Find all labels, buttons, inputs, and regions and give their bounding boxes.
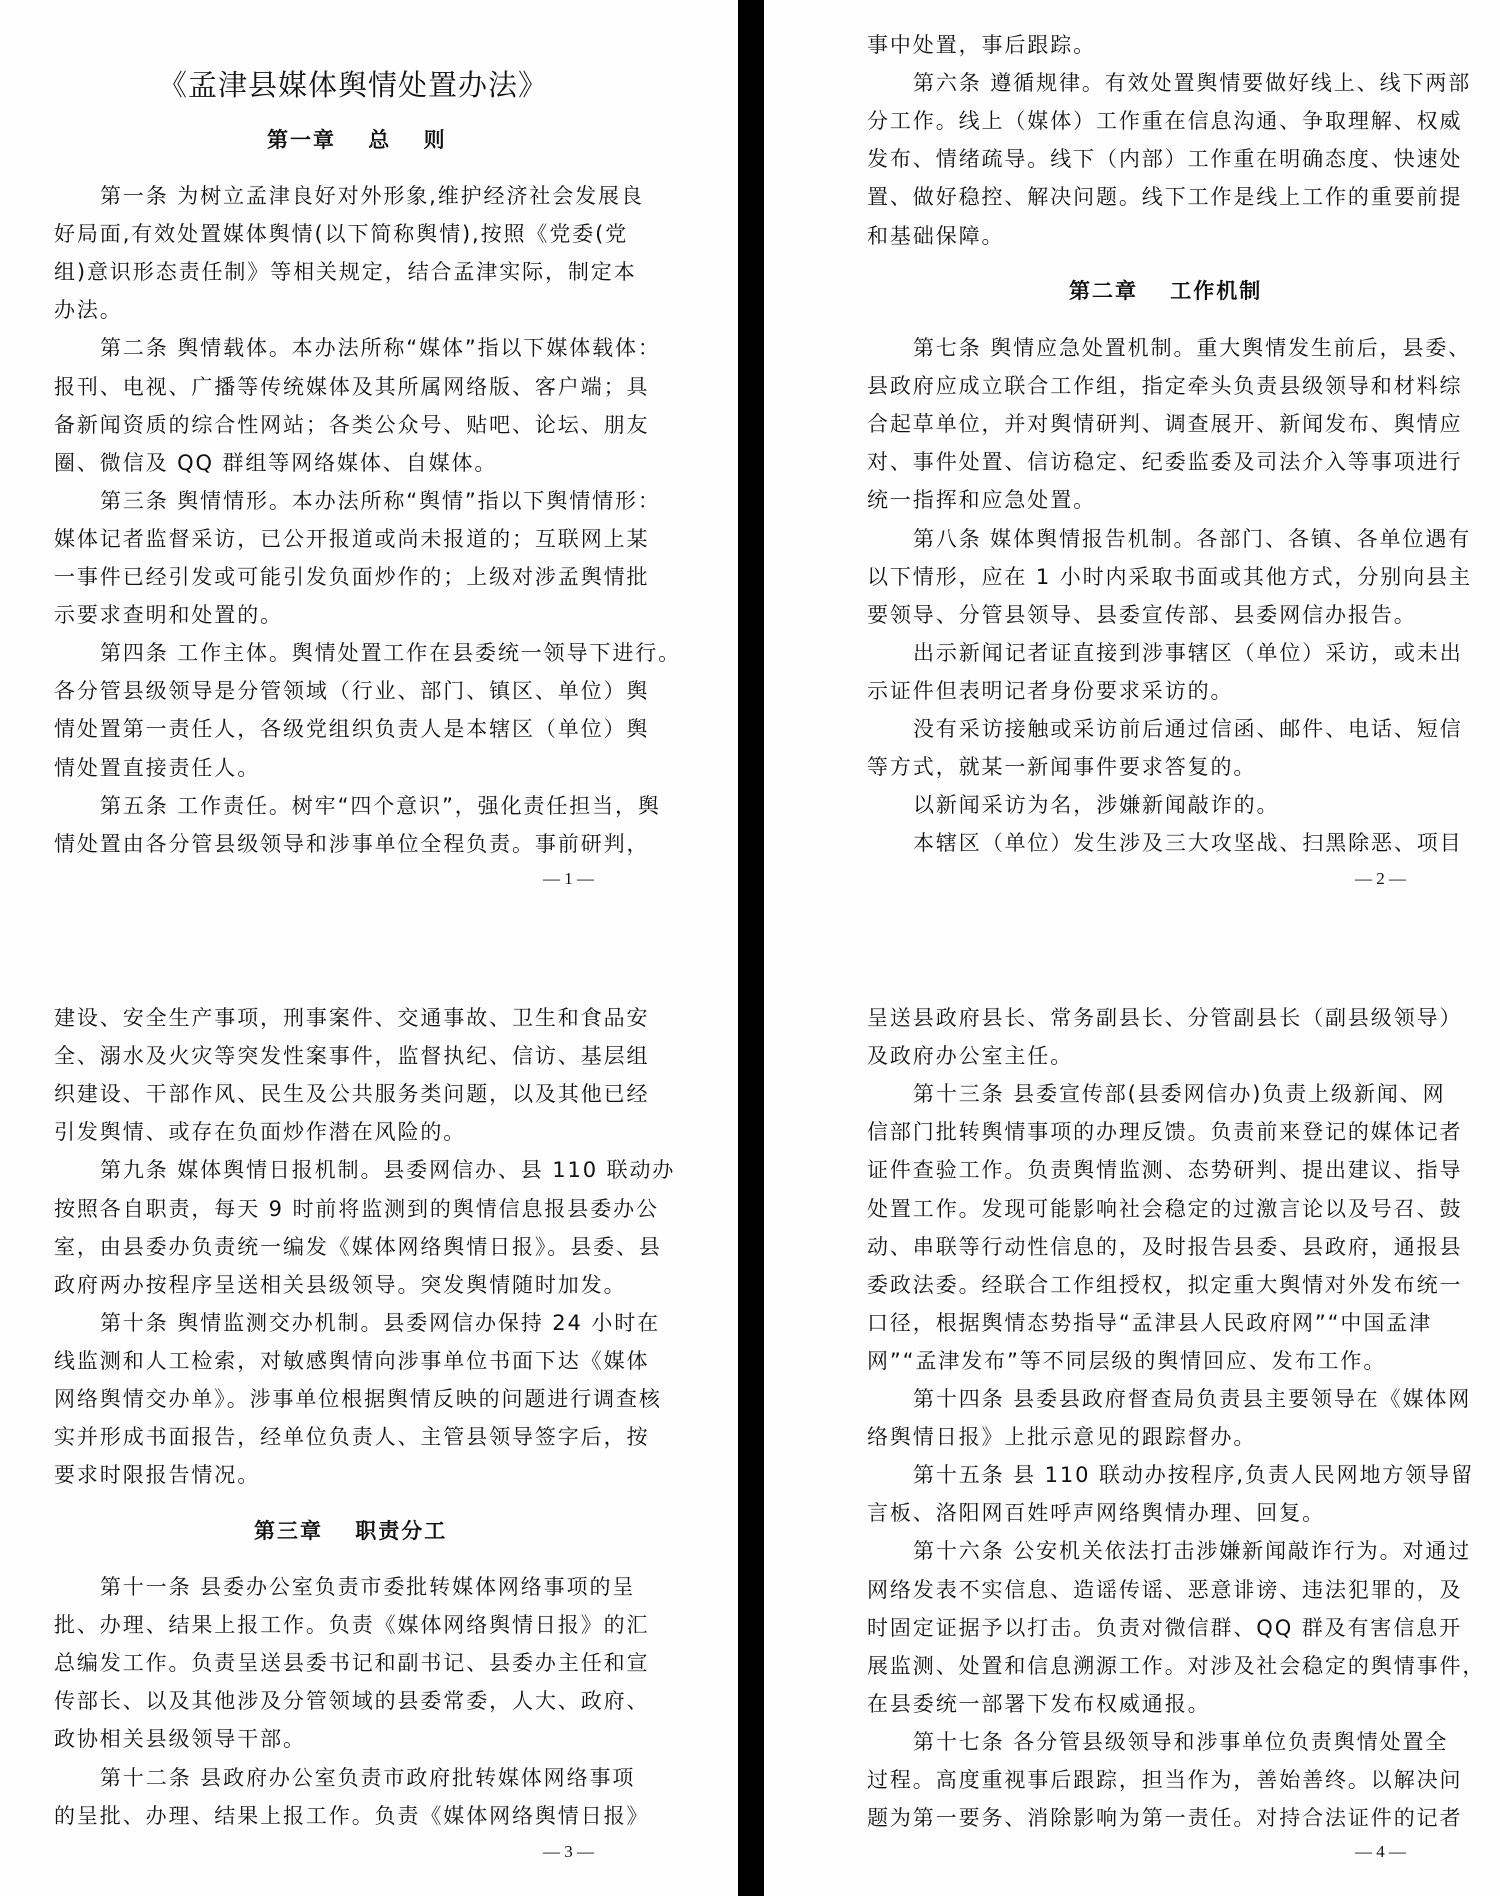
- text-line: 第一条 为树立孟津良好对外形象,维护经济社会发展良: [54, 177, 644, 215]
- text-line: 发布、情绪疏导。线下（内部）工作重在明确态度、快速处: [867, 140, 1462, 178]
- text-line: 以新闻采访为名，涉嫌新闻敲诈的。: [867, 786, 1279, 824]
- text-line: 第九条 媒体舆情日报机制。县委网信办、县 110 联动办: [54, 1151, 675, 1189]
- text-line: 第十七条 各分管县级领导和涉事单位负责舆情处置全: [867, 1723, 1448, 1761]
- text-line: 情处置直接责任人。: [54, 749, 260, 787]
- text-line: 圈、微信及 QQ 群组等网络媒体、自媒体。: [54, 444, 497, 482]
- text-line: 及政府办公室主任。: [867, 1037, 1073, 1075]
- text-line: 第十条 舆情监测交办机制。县委网信办保持 24 小时在: [54, 1304, 660, 1342]
- text-line: 置、做好稳控、解决问题。线下工作是线上工作的重要前提: [867, 178, 1462, 216]
- text-line: 室，由县委办负责统一编发《媒体网络舆情日报》。县委、县: [54, 1228, 662, 1266]
- text-line: 对、事件处置、信访稳定、纪委监委及司法介入等事项进行: [867, 443, 1462, 481]
- text-line: 办法。: [54, 291, 123, 329]
- text-line: 全、溺水及火灾等突发性案事件，监督执纪、信访、基层组: [54, 1037, 649, 1075]
- text-line: 网络发表不实信息、造谣传谣、恶意诽谤、违法犯罪的，及: [867, 1571, 1462, 1609]
- text-line: 委政法委。经联合工作组授权，拟定重大舆情对外发布统一: [867, 1266, 1462, 1304]
- text-line: 网络舆情交办单》。涉事单位根据舆情反映的问题进行调查核: [54, 1380, 662, 1418]
- text-line: 呈送县政府县长、常务副县长、分管副县长（副县级领导）: [867, 999, 1462, 1037]
- page-number-2: — 2 —: [1355, 867, 1406, 891]
- text-line: 总编发工作。负责呈送县委书记和副书记、县委办主任和宣: [54, 1644, 649, 1682]
- text-line: 政府两办按程序呈送相关县级领导。突发舆情随时加发。: [54, 1266, 627, 1304]
- text-line: 示要求查明和处置的。: [54, 596, 283, 634]
- text-line: 第三条 舆情情形。本办法所称“舆情”指以下舆情情形：: [54, 482, 661, 520]
- text-line: 网”“孟津发布”等不同层级的舆情回应、发布工作。: [867, 1342, 1386, 1380]
- text-line: 事中处置，事后跟踪。: [867, 26, 1096, 64]
- text-line: 建设、安全生产事项，刑事案件、交通事故、卫生和食品安: [54, 999, 649, 1037]
- text-line: 备新闻资质的综合性网站；各类公众号、贴吧、论坛、朋友: [54, 406, 649, 444]
- text-line: 第六条 遵循规律。有效处置舆情要做好线上、线下两部: [867, 64, 1471, 102]
- text-line: 第十五条 县 110 联动办按程序,负责人民网地方领导留: [867, 1456, 1474, 1494]
- text-line: 各分管县级领导是分管领域（行业、部门、镇区、单位）舆: [54, 672, 649, 710]
- text-line: 分工作。线上（媒体）工作重在信息沟通、争取理解、权威: [867, 102, 1462, 140]
- text-line: 时固定证据予以打击。负责对微信群、QQ 群及有害信息开: [867, 1609, 1462, 1647]
- page-number-3: — 3 —: [543, 1840, 594, 1864]
- text-line: 第十六条 公安机关依法打击涉嫌新闻敲诈行为。对通过: [867, 1532, 1471, 1570]
- text-line: 县政府应成立联合工作组，指定牵头负责县级领导和材料综: [867, 367, 1462, 405]
- page-4: 呈送县政府县长、常务副县长、分管副县长（副县级领导）及政府办公室主任。第十三条 …: [764, 948, 1500, 1896]
- document-title: 《孟津县媒体舆情处置办法》: [158, 65, 548, 105]
- text-line: 信部门批转舆情事项的办理反馈。负责前来登记的媒体记者: [867, 1113, 1462, 1151]
- chapter-heading-3: 第三章 职责分工: [254, 1516, 447, 1546]
- text-line: 以下情形，应在 1 小时内采取书面或其他方式，分别向县主: [867, 558, 1472, 596]
- text-line: 实并形成书面报告，经单位负责人、主管县领导签字后，按: [54, 1418, 649, 1456]
- chapter-heading-2: 第二章 工作机制: [1069, 276, 1262, 306]
- text-line: 媒体记者监督采访，已公开报道或尚未报道的；互联网上某: [54, 520, 649, 558]
- text-line: 本辖区（单位）发生涉及三大攻坚战、扫黑除恶、项目: [867, 824, 1463, 862]
- text-line: 按照各自职责，每天 9 时前将监测到的舆情信息报县委办公: [54, 1190, 659, 1228]
- text-line: 好局面,有效处置媒体舆情(以下简称舆情),按照《党委(党: [54, 215, 628, 253]
- page-number-4: — 4 —: [1355, 1840, 1406, 1864]
- text-line: 出示新闻记者证直接到涉事辖区（单位）采访，或未出: [867, 634, 1463, 672]
- page-divider-bar: [738, 0, 764, 1896]
- text-line: 第十一条 县委办公室负责市委批转媒体网络事项的呈: [54, 1568, 635, 1606]
- text-line: 线监测和人工检索，对敏感舆情向涉事单位书面下达《媒体: [54, 1342, 649, 1380]
- text-line: 没有采访接触或采访前后通过信函、邮件、电话、短信: [867, 710, 1463, 748]
- text-line: 等方式，就某一新闻事件要求答复的。: [867, 748, 1256, 786]
- text-line: 合起草单位，并对舆情研判、调查展开、新闻发布、舆情应: [867, 405, 1462, 443]
- chapter-heading-1: 第一章 总 则: [267, 125, 447, 155]
- text-line: 第十三条 县委宣传部(县委网信办)负责上级新闻、网: [867, 1075, 1446, 1113]
- text-line: 要求时限报告情况。: [54, 1456, 260, 1494]
- text-line: 和基础保障。: [867, 217, 1004, 255]
- text-line: 第八条 媒体舆情报告机制。各部门、各镇、各单位遇有: [867, 520, 1471, 558]
- page-2: 事中处置，事后跟踪。第六条 遵循规律。有效处置舆情要做好线上、线下两部分工作。线…: [764, 0, 1500, 948]
- text-line: 批、办理、结果上报工作。负责《媒体网络舆情日报》的汇: [54, 1606, 649, 1644]
- text-line: 络舆情日报》上批示意见的跟踪督办。: [867, 1418, 1256, 1456]
- text-line: 在县委统一部署下发布权威通报。: [867, 1685, 1211, 1723]
- text-line: 报刊、电视、广播等传统媒体及其所属网络版、客户端；具: [54, 368, 649, 406]
- text-line: 处置工作。发现可能影响社会稳定的过激言论以及号召、鼓: [867, 1190, 1462, 1228]
- text-line: 口径，根据舆情态势指导“孟津县人民政府网”“中国孟津: [867, 1304, 1432, 1342]
- text-line: 第五条 工作责任。树牢“四个意识”，强化责任担当，舆: [54, 787, 661, 825]
- page-3: 建设、安全生产事项，刑事案件、交通事故、卫生和食品安全、溺水及火灾等突发性案事件…: [0, 948, 738, 1896]
- text-line: 过程。高度重视事后跟踪，担当作为，善始善终。以解决问: [867, 1761, 1462, 1799]
- text-line: 第十四条 县委县政府督查局负责县主要领导在《媒体网: [867, 1380, 1471, 1418]
- text-line: 要领导、分管县领导、县委宣传部、县委网信办报告。: [867, 596, 1417, 634]
- text-line: 织建设、干部作风、民生及公共服务类问题，以及其他已经: [54, 1075, 649, 1113]
- text-line: 言板、洛阳网百姓呼声网络舆情办理、回复。: [867, 1494, 1325, 1532]
- page-number-1: — 1 —: [543, 867, 594, 891]
- text-line: 第十二条 县政府办公室负责市政府批转媒体网络事项: [54, 1759, 635, 1797]
- text-line: 政协相关县级领导干部。: [54, 1720, 306, 1758]
- text-line: 第四条 工作主体。舆情处置工作在县委统一领导下进行。: [54, 634, 681, 672]
- text-line: 一事件已经引发或可能引发负面炒作的；上级对涉孟舆情批: [54, 558, 649, 596]
- text-line: 情处置由各分管县级领导和涉事单位全程负责。事前研判，: [54, 825, 649, 863]
- page-1: 《孟津县媒体舆情处置办法》 第一章 总 则 第一条 为树立孟津良好对外形象,维护…: [0, 0, 738, 948]
- text-line: 题为第一要务、消除影响为第一责任。对持合法证件的记者: [867, 1799, 1462, 1837]
- text-line: 第七条 舆情应急处置机制。重大舆情发生前后，县委、: [867, 329, 1471, 367]
- text-line: 组)意识形态责任制》等相关规定，结合孟津实际，制定本: [54, 253, 637, 291]
- text-line: 第二条 舆情载体。本办法所称“媒体”指以下媒体载体：: [54, 329, 661, 367]
- text-line: 示证件但表明记者身份要求采访的。: [867, 672, 1233, 710]
- text-line: 统一指挥和应急处置。: [867, 481, 1096, 519]
- text-line: 引发舆情、或存在负面炒作潜在风险的。: [54, 1113, 466, 1151]
- text-line: 的呈批、办理、结果上报工作。负责《媒体网络舆情日报》: [54, 1797, 649, 1835]
- text-line: 情处置第一责任人，各级党组织负责人是本辖区（单位）舆: [54, 710, 649, 748]
- text-line: 动、串联等行动性信息的，及时报告县委、县政府，通报县: [867, 1228, 1462, 1266]
- text-line: 证件查验工作。负责舆情监测、态势研判、提出建议、指导: [867, 1151, 1462, 1189]
- text-line: 展监测、处置和信息溯源工作。对涉及社会稳定的舆情事件，: [867, 1647, 1485, 1685]
- text-line: 传部长、以及其他涉及分管领域的县委常委，人大、政府、: [54, 1682, 649, 1720]
